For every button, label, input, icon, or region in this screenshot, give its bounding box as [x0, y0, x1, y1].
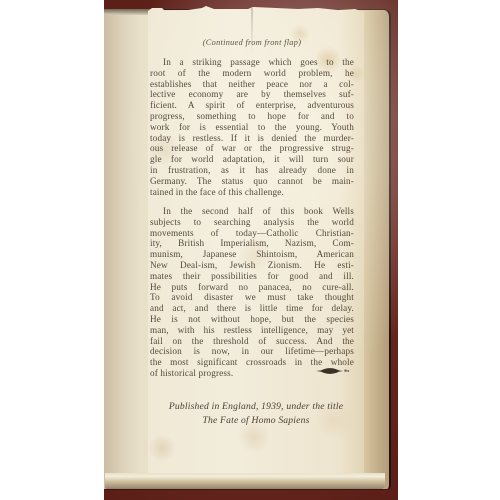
- text-line: progress, something to hope for and to: [150, 111, 354, 122]
- page-bottom-edge: [105, 473, 385, 489]
- text-line: He puts forward no panacea, no cure-all.: [150, 282, 354, 293]
- colophon: Published in England, 1939, under the ti…: [148, 400, 364, 427]
- text-line: in frustration, as it has already done i…: [150, 165, 354, 176]
- text-line: work for is essential to the young. Yout…: [150, 122, 354, 133]
- text-line: ous release of war or the progressive st…: [150, 143, 354, 154]
- printers-ornament-icon: [316, 367, 350, 375]
- text-line: ficient. A spirit of enterprise, adventu…: [150, 100, 354, 111]
- text-line: subjects to searching analysis the world: [150, 217, 354, 228]
- cover-board-edge: [104, 9, 151, 15]
- text-line: In the second half of this book Wells: [150, 206, 354, 217]
- text-line: To avoid disaster we must take thought: [150, 292, 354, 303]
- text-line: and act, and there is little time for de…: [150, 303, 354, 314]
- text-line: ity, British Imperialism, Nazism, Com-: [150, 238, 354, 249]
- text-line: gle for world adaptation, it will turn s…: [150, 154, 354, 165]
- text-line: He is not without hope, but the species: [150, 314, 354, 325]
- flap-paragraph-1: In a striking passage which goes to ther…: [150, 57, 354, 197]
- flap-paragraph-2: In the second half of this book Wellssub…: [150, 206, 354, 379]
- colophon-line-1: Published in England, 1939, under the ti…: [148, 400, 364, 414]
- flap-fold-crease: [251, 8, 253, 54]
- text-line: lective economy are by themselves suf-: [150, 89, 354, 100]
- book-photo: (Continued from front flap) In a strikin…: [104, 0, 398, 500]
- colophon-line-2: The Fate of Homo Sapiens: [148, 414, 364, 428]
- text-line: mates their possibilities for good and i…: [150, 271, 354, 282]
- text-line: tained in the face of this challenge.: [150, 187, 354, 198]
- continued-from-front-flap-heading: (Continued from front flap): [150, 38, 354, 47]
- text-line: establishes that neither peace nor a col…: [150, 79, 354, 90]
- text-line: man, with his restless intelligence, may…: [150, 325, 354, 336]
- text-line: decision is now, in our lifetime—perhaps: [150, 346, 354, 357]
- text-line: fail on the threshold of success. And th…: [150, 336, 354, 347]
- text-line: In a striking passage which goes to the: [150, 57, 354, 68]
- text-line: Germany. The status quo cannot be main-: [150, 176, 354, 187]
- text-line: movements of today—Catholic Christian-: [150, 228, 354, 239]
- text-line: munism, Japanese Shintoism, American: [150, 249, 354, 260]
- text-line: root of the modern world problem, he: [150, 68, 354, 79]
- text-line: today is restless. If it is denied the m…: [150, 133, 354, 144]
- text-line: New Deal-ism, Jewish Zionism. He esti-: [150, 260, 354, 271]
